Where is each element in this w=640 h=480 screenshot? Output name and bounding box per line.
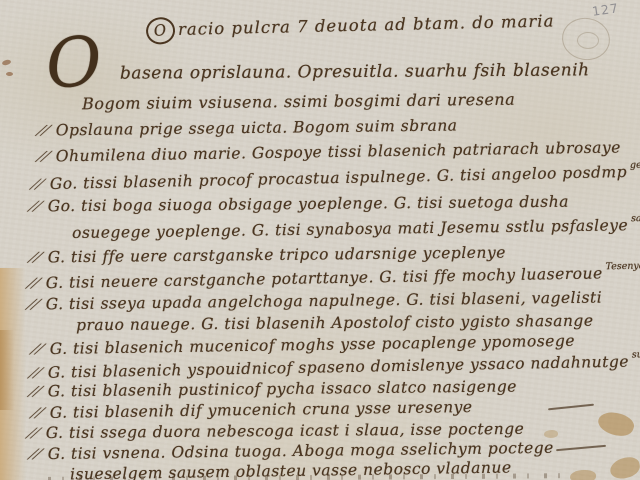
- initial-letter: O: [44, 28, 104, 100]
- text-line: basena oprislauna. Opresuitla. suarhu fs…: [112, 58, 593, 83]
- superscript-note: Tesenye: [605, 261, 640, 273]
- line-text: Bogom siuim vsiusena. ssimi bosgimi dari…: [82, 90, 515, 114]
- page-title-text: racio pulcra 7 deuota ad btam. do maria: [178, 11, 555, 39]
- line-text: osuegege yoeplenge. G. tisi synabosya ma…: [72, 216, 628, 242]
- ink-circle-mark: [577, 32, 599, 49]
- paragraph-mark: //: [34, 149, 53, 164]
- text-line: //Go. tissi blasenih procof procastua is…: [32, 160, 640, 194]
- text-line: //Go. tisi boga siuoga obsigage yoepleng…: [30, 190, 572, 216]
- paragraph-mark: //: [28, 177, 47, 192]
- parchment-stain: [608, 455, 640, 480]
- text-line: //G. tisi ffe uere carstganske tripco ud…: [30, 240, 509, 266]
- paragraph-mark: //: [28, 406, 47, 421]
- text-line: Bogom siuim vsiusena. ssimi bosgimi dari…: [74, 88, 518, 114]
- line-text: Go. tissi blasenih procof procastua ispu…: [50, 163, 628, 193]
- ink-speck: [2, 59, 12, 66]
- paragraph-mark: //: [24, 276, 43, 291]
- folio-number: 127: [591, 0, 620, 19]
- line-text: Opslauna prige ssega uicta. Bogom suim s…: [56, 116, 458, 139]
- paragraph-mark: //: [26, 250, 45, 265]
- superscript-note: ge: [630, 160, 640, 171]
- pen-flourish: [548, 404, 594, 411]
- paragraph-mark: //: [26, 447, 45, 462]
- paragraph-mark: //: [26, 199, 45, 214]
- manuscript-page: 127 Oracio pulcra 7 deuota ad btam. do m…: [0, 0, 640, 480]
- pen-flourish: [556, 445, 606, 451]
- line-text: Go. tisi boga siuoga obsigage yoeplenge.…: [48, 193, 569, 216]
- paragraph-mark: //: [34, 123, 53, 138]
- page-title: Oracio pulcra 7 deuota ad btam. do maria: [146, 8, 555, 44]
- text-line: //Opslauna prige ssega uicta. Bogom suim…: [38, 113, 461, 139]
- parchment-stain: [544, 430, 558, 438]
- superscript-note: sange: [631, 213, 640, 224]
- line-text: G. tisi ffe uere carstganske tripco udar…: [48, 244, 506, 267]
- parchment-stain: [595, 408, 636, 440]
- left-edge-stain: [0, 330, 14, 410]
- paragraph-mark: //: [24, 426, 43, 441]
- paragraph-mark: //: [28, 342, 47, 357]
- parchment-stain: [570, 470, 596, 480]
- paragraph-mark: //: [26, 384, 45, 399]
- line-text: basena oprislauna. Opresuitla. suarhu fs…: [120, 60, 590, 83]
- ink-speck: [6, 72, 13, 76]
- paragraph-mark: //: [24, 297, 43, 312]
- title-initial-letter: O: [144, 15, 177, 46]
- text-line: osuegege yoeplenge. G. tisi synabosya ma…: [64, 213, 640, 242]
- superscript-note: sunne: [632, 349, 640, 361]
